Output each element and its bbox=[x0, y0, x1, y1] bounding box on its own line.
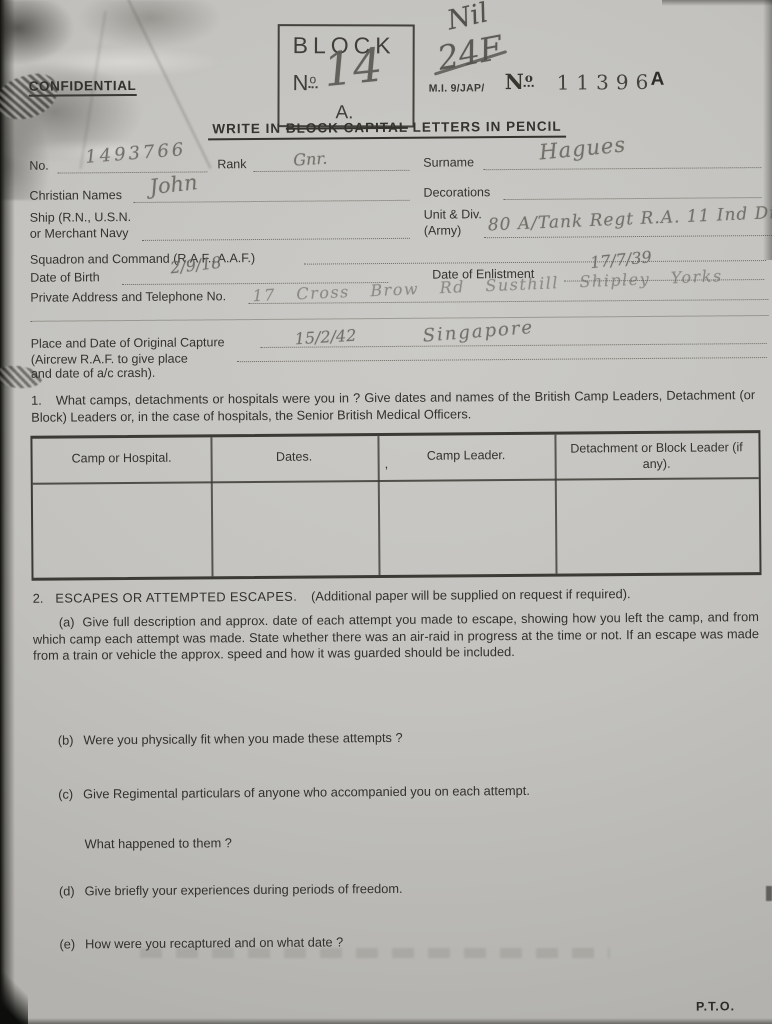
question-2a-text: Give full description and approx. date o… bbox=[33, 609, 759, 663]
table-header-detachment-leader: Detachment or Block Leader (if any). bbox=[556, 440, 756, 473]
dotted-line bbox=[304, 260, 766, 265]
field-unit-value: 80 A/Tank Regt R.A. 11 Ind Div bbox=[487, 203, 772, 236]
question-2b: (b)Were you physically fit when you made… bbox=[58, 730, 403, 748]
question-2c-text: Give Regimental particulars of anyone wh… bbox=[83, 783, 530, 802]
question-2c-followup-text: What happened to them ? bbox=[85, 835, 232, 851]
dotted-line bbox=[134, 200, 410, 203]
stamp-no-word: No bbox=[293, 70, 318, 96]
field-rank-value: Gnr. bbox=[293, 149, 328, 170]
question-2-note: (Additional paper will be supplied on re… bbox=[311, 586, 631, 604]
field-no-label: No. bbox=[29, 159, 49, 173]
field-capture-place-value: Singapore bbox=[422, 317, 535, 347]
dotted-line bbox=[142, 238, 410, 241]
question-2b-text: Were you physically fit when you made th… bbox=[83, 730, 402, 748]
dotted-line bbox=[253, 170, 409, 172]
stray-comma-mark: , bbox=[385, 456, 389, 471]
pto-label: P.T.O. bbox=[696, 999, 735, 1013]
question-1: 1.What camps, detachments or hospitals w… bbox=[31, 387, 755, 426]
field-no-value: 1493766 bbox=[85, 139, 187, 168]
table-header-camp-leader: Camp Leader. bbox=[378, 448, 555, 465]
field-ship-label-line2: or Merchant Navy bbox=[30, 226, 129, 241]
field-christian-names-label: Christian Names bbox=[29, 188, 121, 203]
struck-words: BLOCK CAPITAL bbox=[286, 120, 408, 136]
field-capture-label-line2: (Aircrew R.A.F. to give place bbox=[31, 352, 188, 367]
question-2c: (c)Give Regimental particulars of anyone… bbox=[58, 783, 530, 802]
dotted-line bbox=[483, 167, 761, 170]
ref-department: M.I. 9/JAP/ bbox=[429, 82, 485, 94]
field-ship-label-line1: Ship (R.N., U.S.N. bbox=[30, 210, 132, 225]
question-2d-letter: (d) bbox=[59, 883, 75, 898]
ref-series-letter: A bbox=[651, 69, 665, 91]
table-header-camp: Camp or Hospital. bbox=[33, 450, 211, 467]
question-2-title: ESCAPES OR ATTEMPTED ESCAPES. bbox=[55, 589, 297, 606]
form-content: CONFIDENTIAL BLOCK No 14 A. Nil 24F M.I.… bbox=[0, 0, 772, 1024]
question-2a: (a)Give full description and approx. dat… bbox=[33, 609, 759, 665]
question-2-title-row: 2.ESCAPES OR ATTEMPTED ESCAPES.(Addition… bbox=[33, 586, 631, 606]
question-2d-text: Give briefly your experiences during per… bbox=[85, 881, 403, 898]
dotted-line bbox=[31, 315, 769, 322]
ref-no-symbol: No bbox=[505, 69, 534, 94]
field-unit-label-line1: Unit & Div. bbox=[424, 207, 482, 221]
table-header-dates: Dates. bbox=[211, 449, 378, 466]
stamp-handwritten-number: 14 bbox=[321, 37, 385, 97]
field-unit-label-line2: (Army) bbox=[424, 223, 462, 237]
question-2d: (d)Give briefly your experiences during … bbox=[59, 881, 403, 899]
field-address-label: Private Address and Telephone No. bbox=[30, 289, 226, 305]
instruction-heading-wrap: WRITE IN BLOCK CAPITAL LETTERS IN PENCIL bbox=[1, 116, 772, 142]
field-christian-names-value: John bbox=[148, 170, 199, 199]
field-rank-label: Rank bbox=[217, 157, 246, 171]
question-2a-letter: (a) bbox=[59, 614, 75, 629]
dotted-line bbox=[237, 357, 767, 362]
field-capture-label-line1: Place and Date of Original Capture bbox=[31, 335, 225, 351]
question-2c-followup: What happened to them ? bbox=[85, 835, 232, 851]
block-number-stamp: BLOCK No 14 A. bbox=[277, 24, 414, 127]
question-2e: (e)How were you recaptured and on what d… bbox=[59, 934, 343, 951]
question-2b-letter: (b) bbox=[58, 732, 74, 747]
instruction-heading: WRITE IN BLOCK CAPITAL LETTERS IN PENCIL bbox=[208, 119, 565, 141]
table-header-rule bbox=[33, 477, 759, 484]
confidential-label: CONFIDENTIAL bbox=[29, 78, 137, 97]
field-capture-date-value: 15/2/42 bbox=[294, 326, 357, 349]
dotted-line bbox=[484, 235, 772, 238]
question-2e-letter: (e) bbox=[59, 936, 75, 951]
question-1-number: 1. bbox=[31, 393, 42, 408]
ref-serial-number: 11396 bbox=[557, 70, 656, 95]
field-enlistment-value: 17/7/39 bbox=[589, 247, 652, 272]
field-dob-label: Date of Birth bbox=[30, 270, 100, 285]
question-2c-letter: (c) bbox=[58, 786, 73, 801]
dotted-line bbox=[504, 197, 762, 200]
question-2-number: 2. bbox=[33, 591, 44, 606]
camps-table: Camp or Hospital. Dates. Camp Leader. De… bbox=[30, 430, 761, 581]
field-capture-label-line3: and date of a/c crash). bbox=[31, 366, 155, 381]
field-surname-label: Surname bbox=[423, 155, 474, 169]
question-2e-text: How were you recaptured and on what date… bbox=[85, 934, 343, 951]
field-decorations-label: Decorations bbox=[423, 185, 490, 200]
scanned-pow-questionnaire-page: CONFIDENTIAL BLOCK No 14 A. Nil 24F M.I.… bbox=[0, 0, 772, 1024]
question-1-text: What camps, detachments or hospitals wer… bbox=[31, 387, 755, 424]
